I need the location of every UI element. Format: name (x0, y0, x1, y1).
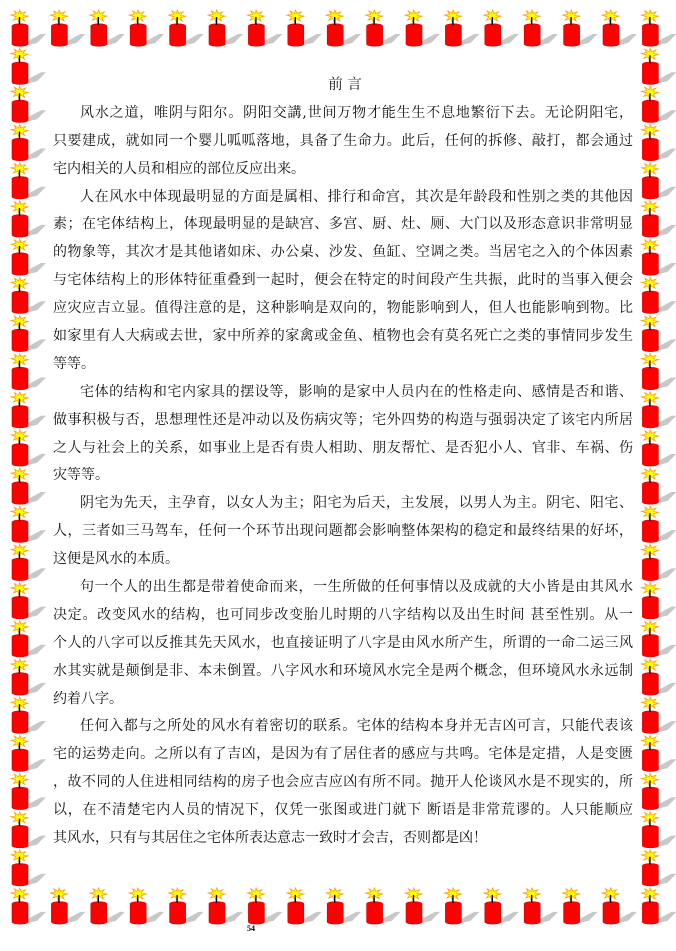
candle-icon (10, 887, 47, 924)
candle-icon (128, 9, 165, 46)
text-line: 灾等等。 (53, 462, 633, 490)
candle-icon (640, 162, 676, 199)
candle-icon (10, 162, 47, 199)
candle-icon (443, 9, 480, 46)
candle-icon (10, 276, 47, 313)
text-line: 约着八字。 (53, 686, 633, 714)
candle-icon (285, 887, 322, 924)
candle-icon (10, 429, 47, 466)
candle-icon (640, 429, 676, 466)
text-line: 如家里有人大病或去世，家中所养的家禽或金鱼、植物也会有莫名死亡之类的事情同步发生 (53, 323, 633, 351)
candle-icon (10, 238, 47, 275)
candle-icon (640, 467, 676, 504)
candle-icon (640, 238, 676, 275)
candle-icon (207, 887, 244, 924)
candle-icon (10, 200, 47, 237)
document-body: 前 言 风水之道，唯阴与阳尔。阴阳交講,世间万物才能生生不息地繁衍下去。无论阴阳… (53, 72, 633, 853)
candle-icon (640, 887, 676, 924)
candle-icon (10, 696, 47, 733)
paragraph: 句一个人的出生都是带着使命而来，一生所做的任何事情以及成就的大小皆是由其风水 决… (53, 574, 633, 713)
text-line: 句一个人的出生都是带着使命而来，一生所做的任何事情以及成就的大小皆是由其风水 (53, 574, 633, 602)
text-line: 人，三者如三马驾车，任何一个环节出现问题都会影响整体架构的稳定和最终结果的好坏， (53, 518, 633, 546)
candle-icon (640, 658, 676, 695)
candle-icon (10, 658, 47, 695)
text-line: 之人与社会上的关系，如事业上是否有贵人相助、朋友帮忙、是否犯小人、官非、车祸、伤 (53, 435, 633, 463)
text-line: 宅的运势走向。之所以有了吉凶，是因为有了居住者的感应与共鸣。宅体是定措，人是变匮 (53, 741, 633, 769)
candle-icon (10, 85, 47, 122)
candle-icon (246, 887, 283, 924)
candle-icon (10, 582, 47, 619)
candle-icon (640, 9, 676, 46)
candle-icon (10, 620, 47, 657)
text-line: 宅体的结构和宅内家具的摆设等，影响的是家中人员内在的性格走向、感情是否和谐、 (53, 379, 633, 407)
text-line: 其风水，只有与其居住之宅体所表达意志一致时才会吉，否则都是凶！ (53, 825, 633, 853)
candle-icon (10, 47, 47, 84)
candle-icon (325, 887, 362, 924)
text-line: 的物象等，其次才是其他诸如床、办公桌、沙发、鱼缸、空调之类。当居宅之入的个体因素 (53, 239, 633, 267)
page-title: 前 言 (53, 72, 633, 100)
candle-icon (640, 85, 676, 122)
candle-icon (640, 124, 676, 161)
text-line: 人在风水中体现最明显的方面是属相、排行和命宫，其次是年龄段和性别之类的其他因 (53, 184, 633, 212)
candle-icon (88, 9, 125, 46)
candle-icon (640, 47, 676, 84)
candle-icon (640, 314, 676, 351)
candle-icon (482, 9, 519, 46)
text-line: 任何入都与之所处的风水有着密切的联系。宅体的结构本身并无吉凶可言，只能代表该 (53, 713, 633, 741)
candle-icon (640, 543, 676, 580)
candle-icon (601, 887, 638, 924)
candle-icon (522, 887, 559, 924)
candle-icon (640, 200, 676, 237)
paragraph: 阴宅为先天，主孕育，以女人为主；阳宅为后天，主发展，以男人为主。阴宅、阳宅、 人… (53, 490, 633, 574)
text-line: 只要建成，就如同一个婴儿呱呱落地，具备了生命力。此后，任何的拆修、敲打，都会通过 (53, 128, 633, 156)
page-number: 54 (247, 924, 255, 933)
candle-icon (364, 887, 401, 924)
candle-icon (561, 887, 598, 924)
candle-icon (364, 9, 401, 46)
candle-icon (404, 887, 441, 924)
candle-icon (128, 887, 165, 924)
candle-icon (522, 9, 559, 46)
candle-icon (10, 9, 47, 46)
text-line: 这便是风水的本质。 (53, 546, 633, 574)
text-line: 水其实就是颠倒是非、本未倒置。八字风水和环境风水完全是两个概念，但环境风水永远制 (53, 658, 633, 686)
candle-icon (640, 734, 676, 771)
candle-icon (404, 9, 441, 46)
candle-icon (640, 505, 676, 542)
paragraph: 任何入都与之所处的风水有着密切的联系。宅体的结构本身并无吉凶可言，只能代表该 宅… (53, 713, 633, 852)
candle-icon (10, 314, 47, 351)
candle-icon (640, 849, 676, 886)
candle-icon (640, 620, 676, 657)
candle-icon (10, 849, 47, 886)
text-line: 以，在不清楚宅内人员的情况下，仅凭一张图或进门就下 断语是非常荒谬的。人只能顺应 (53, 797, 633, 825)
candle-icon (49, 887, 86, 924)
text-line: 应灾应吉立显。值得注意的是，这种影响是双向的，物能影响到人，但人也能影响到物。比 (53, 295, 633, 323)
candle-icon (88, 887, 125, 924)
text-line: 与宅体结构上的形体特征重叠到一起时，便会在特定的时间段产生共振，此时的当事入便会 (53, 267, 633, 295)
text-line: ，故不同的人住进相同结构的房子也会应吉应凶有所不同。抛开人伦谈风水是不现实的，所 (53, 769, 633, 797)
text-line: 做事积极与否，思想理性还是冲动以及伤病灾等；宅外四势的构造与强弱决定了该宅内所居 (53, 407, 633, 435)
candle-icon (640, 811, 676, 848)
text-line: 素；在宅体结构上，体现最明显的是缺宫、多宫、厨、灶、厕、大门以及形态意识非常明显 (53, 211, 633, 239)
candle-icon (10, 543, 47, 580)
candle-icon (207, 9, 244, 46)
candle-icon (325, 9, 362, 46)
candle-icon (285, 9, 322, 46)
text-line: 决定。改变风水的结构，也可同步改变胎儿时期的八字结构以及出生时间 甚至性别。从一 (53, 602, 633, 630)
text-line: 宅内相关的人员和相应的部位反应出来。 (53, 156, 633, 184)
candle-icon (601, 9, 638, 46)
candle-icon (167, 9, 204, 46)
candle-icon (10, 505, 47, 542)
candle-icon (49, 9, 86, 46)
candle-icon (443, 887, 480, 924)
candle-icon (640, 276, 676, 313)
candle-icon (640, 582, 676, 619)
text-line: 阴宅为先天，主孕育，以女人为主；阳宅为后天，主发展，以男人为主。阴宅、阳宅、 (53, 490, 633, 518)
paragraph: 人在风水中体现最明显的方面是属相、排行和命宫，其次是年龄段和性别之类的其他因 素… (53, 184, 633, 379)
candle-icon (10, 467, 47, 504)
text-line: 风水之道，唯阴与阳尔。阴阳交講,世间万物才能生生不息地繁衍下去。无论阴阳宅， (53, 100, 633, 128)
paragraph: 风水之道，唯阴与阳尔。阴阳交講,世间万物才能生生不息地繁衍下去。无论阴阳宅， 只… (53, 100, 633, 184)
candle-icon (482, 887, 519, 924)
candle-icon (640, 696, 676, 733)
candle-icon (640, 772, 676, 809)
candle-icon (246, 9, 283, 46)
candle-icon (640, 353, 676, 390)
candle-icon (640, 391, 676, 428)
candle-icon (561, 9, 598, 46)
candle-icon (10, 772, 47, 809)
candle-icon (10, 734, 47, 771)
candle-icon (167, 887, 204, 924)
text-line: 等等。 (53, 351, 633, 379)
candle-icon (10, 124, 47, 161)
paragraph: 宅体的结构和宅内家具的摆设等，影响的是家中人员内在的性格走向、感情是否和谐、 做… (53, 379, 633, 491)
candle-icon (10, 391, 47, 428)
candle-icon (10, 353, 47, 390)
candle-icon (10, 811, 47, 848)
text-line: 个人的八字可以反推其先天风水，也直接证明了八字是由风水所产生，所谓的一命二运三风 (53, 630, 633, 658)
